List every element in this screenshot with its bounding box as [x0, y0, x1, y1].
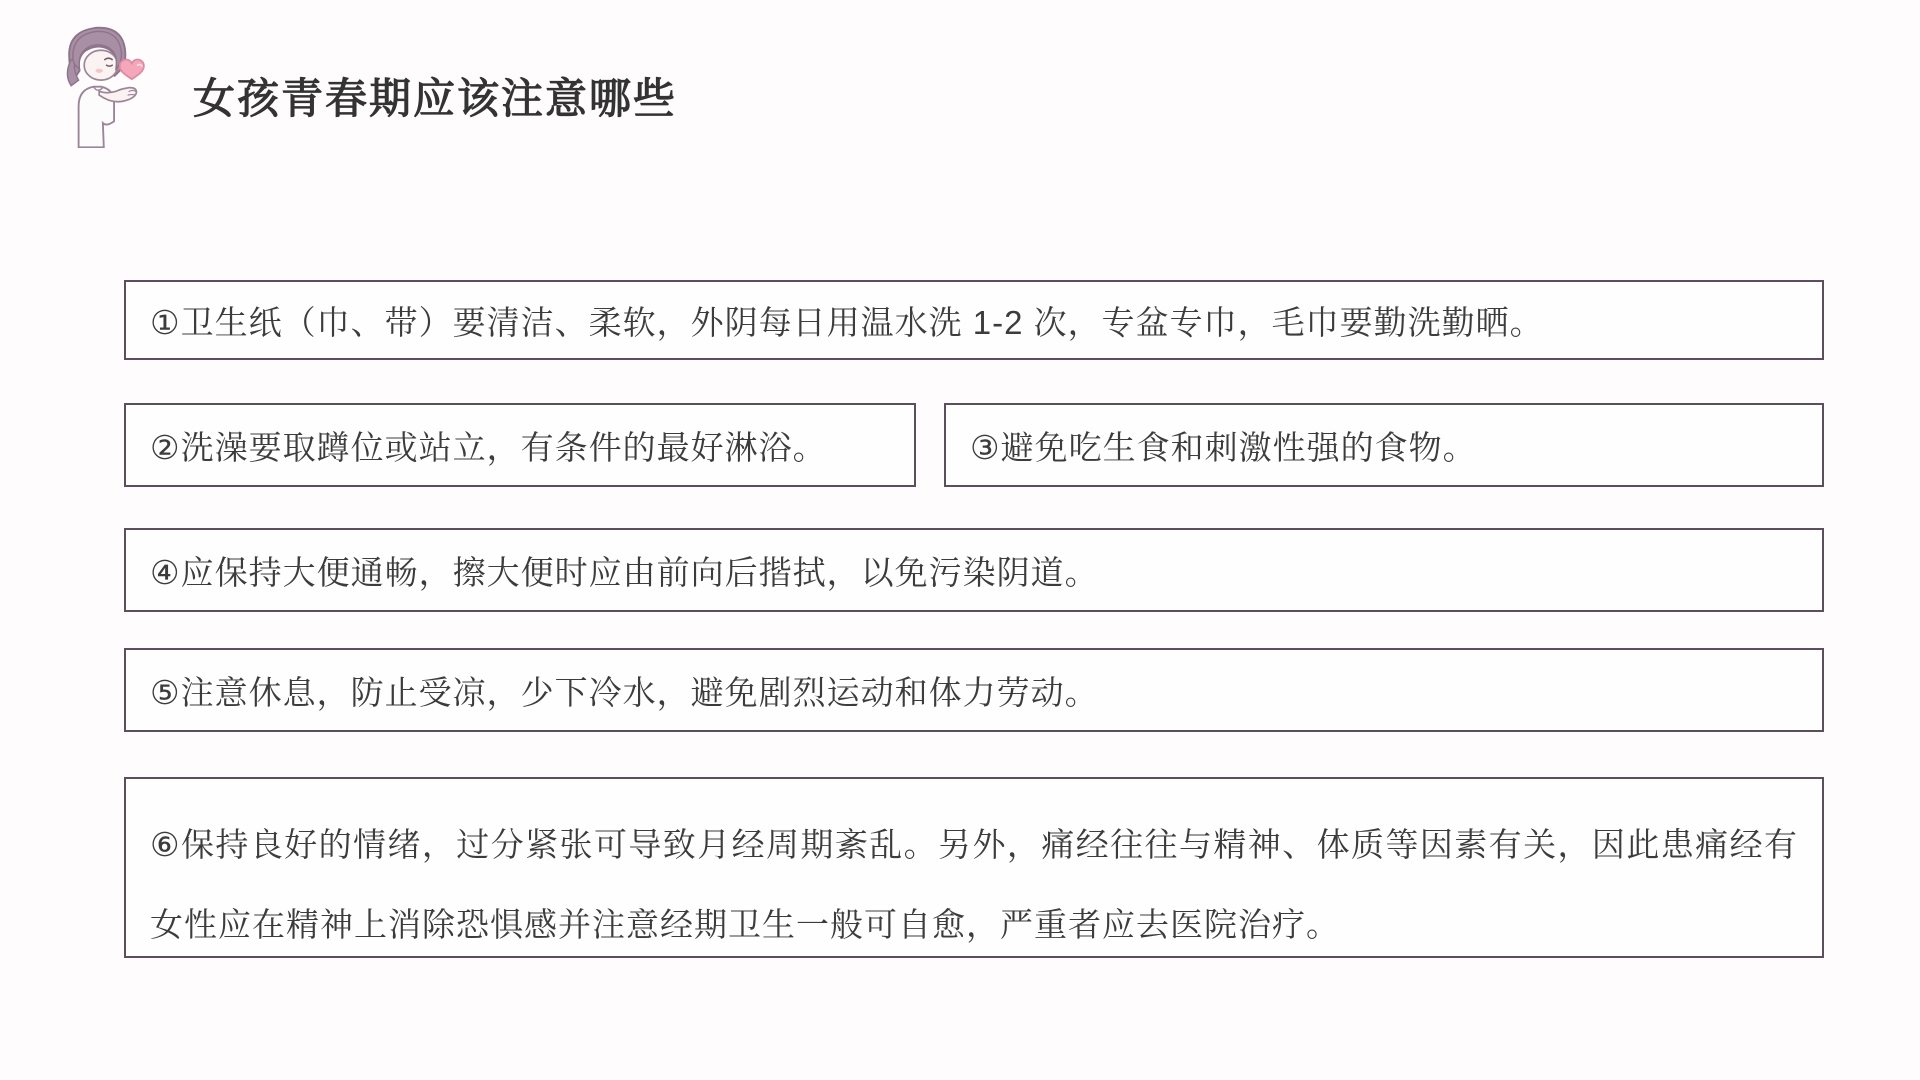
note-text-4: ④应保持大便通畅，擦大便时应由前向后揩拭，以免污染阴道。 — [150, 547, 1099, 594]
note-box-6: ⑥保持良好的情绪，过分紧张可导致月经周期紊乱。另外，痛经往往与精神、体质等因素有… — [124, 777, 1824, 958]
note-box-4: ④应保持大便通畅，擦大便时应由前向后揩拭，以免污染阴道。 — [124, 528, 1824, 612]
page-title: 女孩青春期应该注意哪些 — [193, 66, 677, 126]
note-box-2: ②洗澡要取蹲位或站立，有条件的最好淋浴。 — [124, 403, 916, 487]
note-text-5: ⑤注意休息，防止受凉，少下冷水，避免剧烈运动和体力劳动。 — [150, 667, 1099, 714]
note-box-3: ③避免吃生食和刺激性强的食物。 — [944, 403, 1824, 487]
note-text-1: ①卫生纸（巾、带）要清洁、柔软，外阴每日用温水洗 1-2 次，专盆专巾，毛巾要勤… — [150, 297, 1544, 344]
note-box-5: ⑤注意休息，防止受凉，少下冷水，避免剧烈运动和体力劳动。 — [124, 648, 1824, 732]
girl-offering-heart-illustration-icon — [45, 16, 157, 148]
note-box-1: ①卫生纸（巾、带）要清洁、柔软，外阴每日用温水洗 1-2 次，专盆专巾，毛巾要勤… — [124, 280, 1824, 360]
slide-canvas: 女孩青春期应该注意哪些 ①卫生纸（巾、带）要清洁、柔软，外阴每日用温水洗 1-2… — [0, 0, 1920, 1080]
note-text-3: ③避免吃生食和刺激性强的食物。 — [970, 422, 1477, 469]
note-text-2: ②洗澡要取蹲位或站立，有条件的最好淋浴。 — [150, 422, 827, 469]
slide-header: 女孩青春期应该注意哪些 — [45, 16, 677, 148]
note-text-6: ⑥保持良好的情绪，过分紧张可导致月经周期紊乱。另外，痛经往往与精神、体质等因素有… — [150, 805, 1798, 965]
